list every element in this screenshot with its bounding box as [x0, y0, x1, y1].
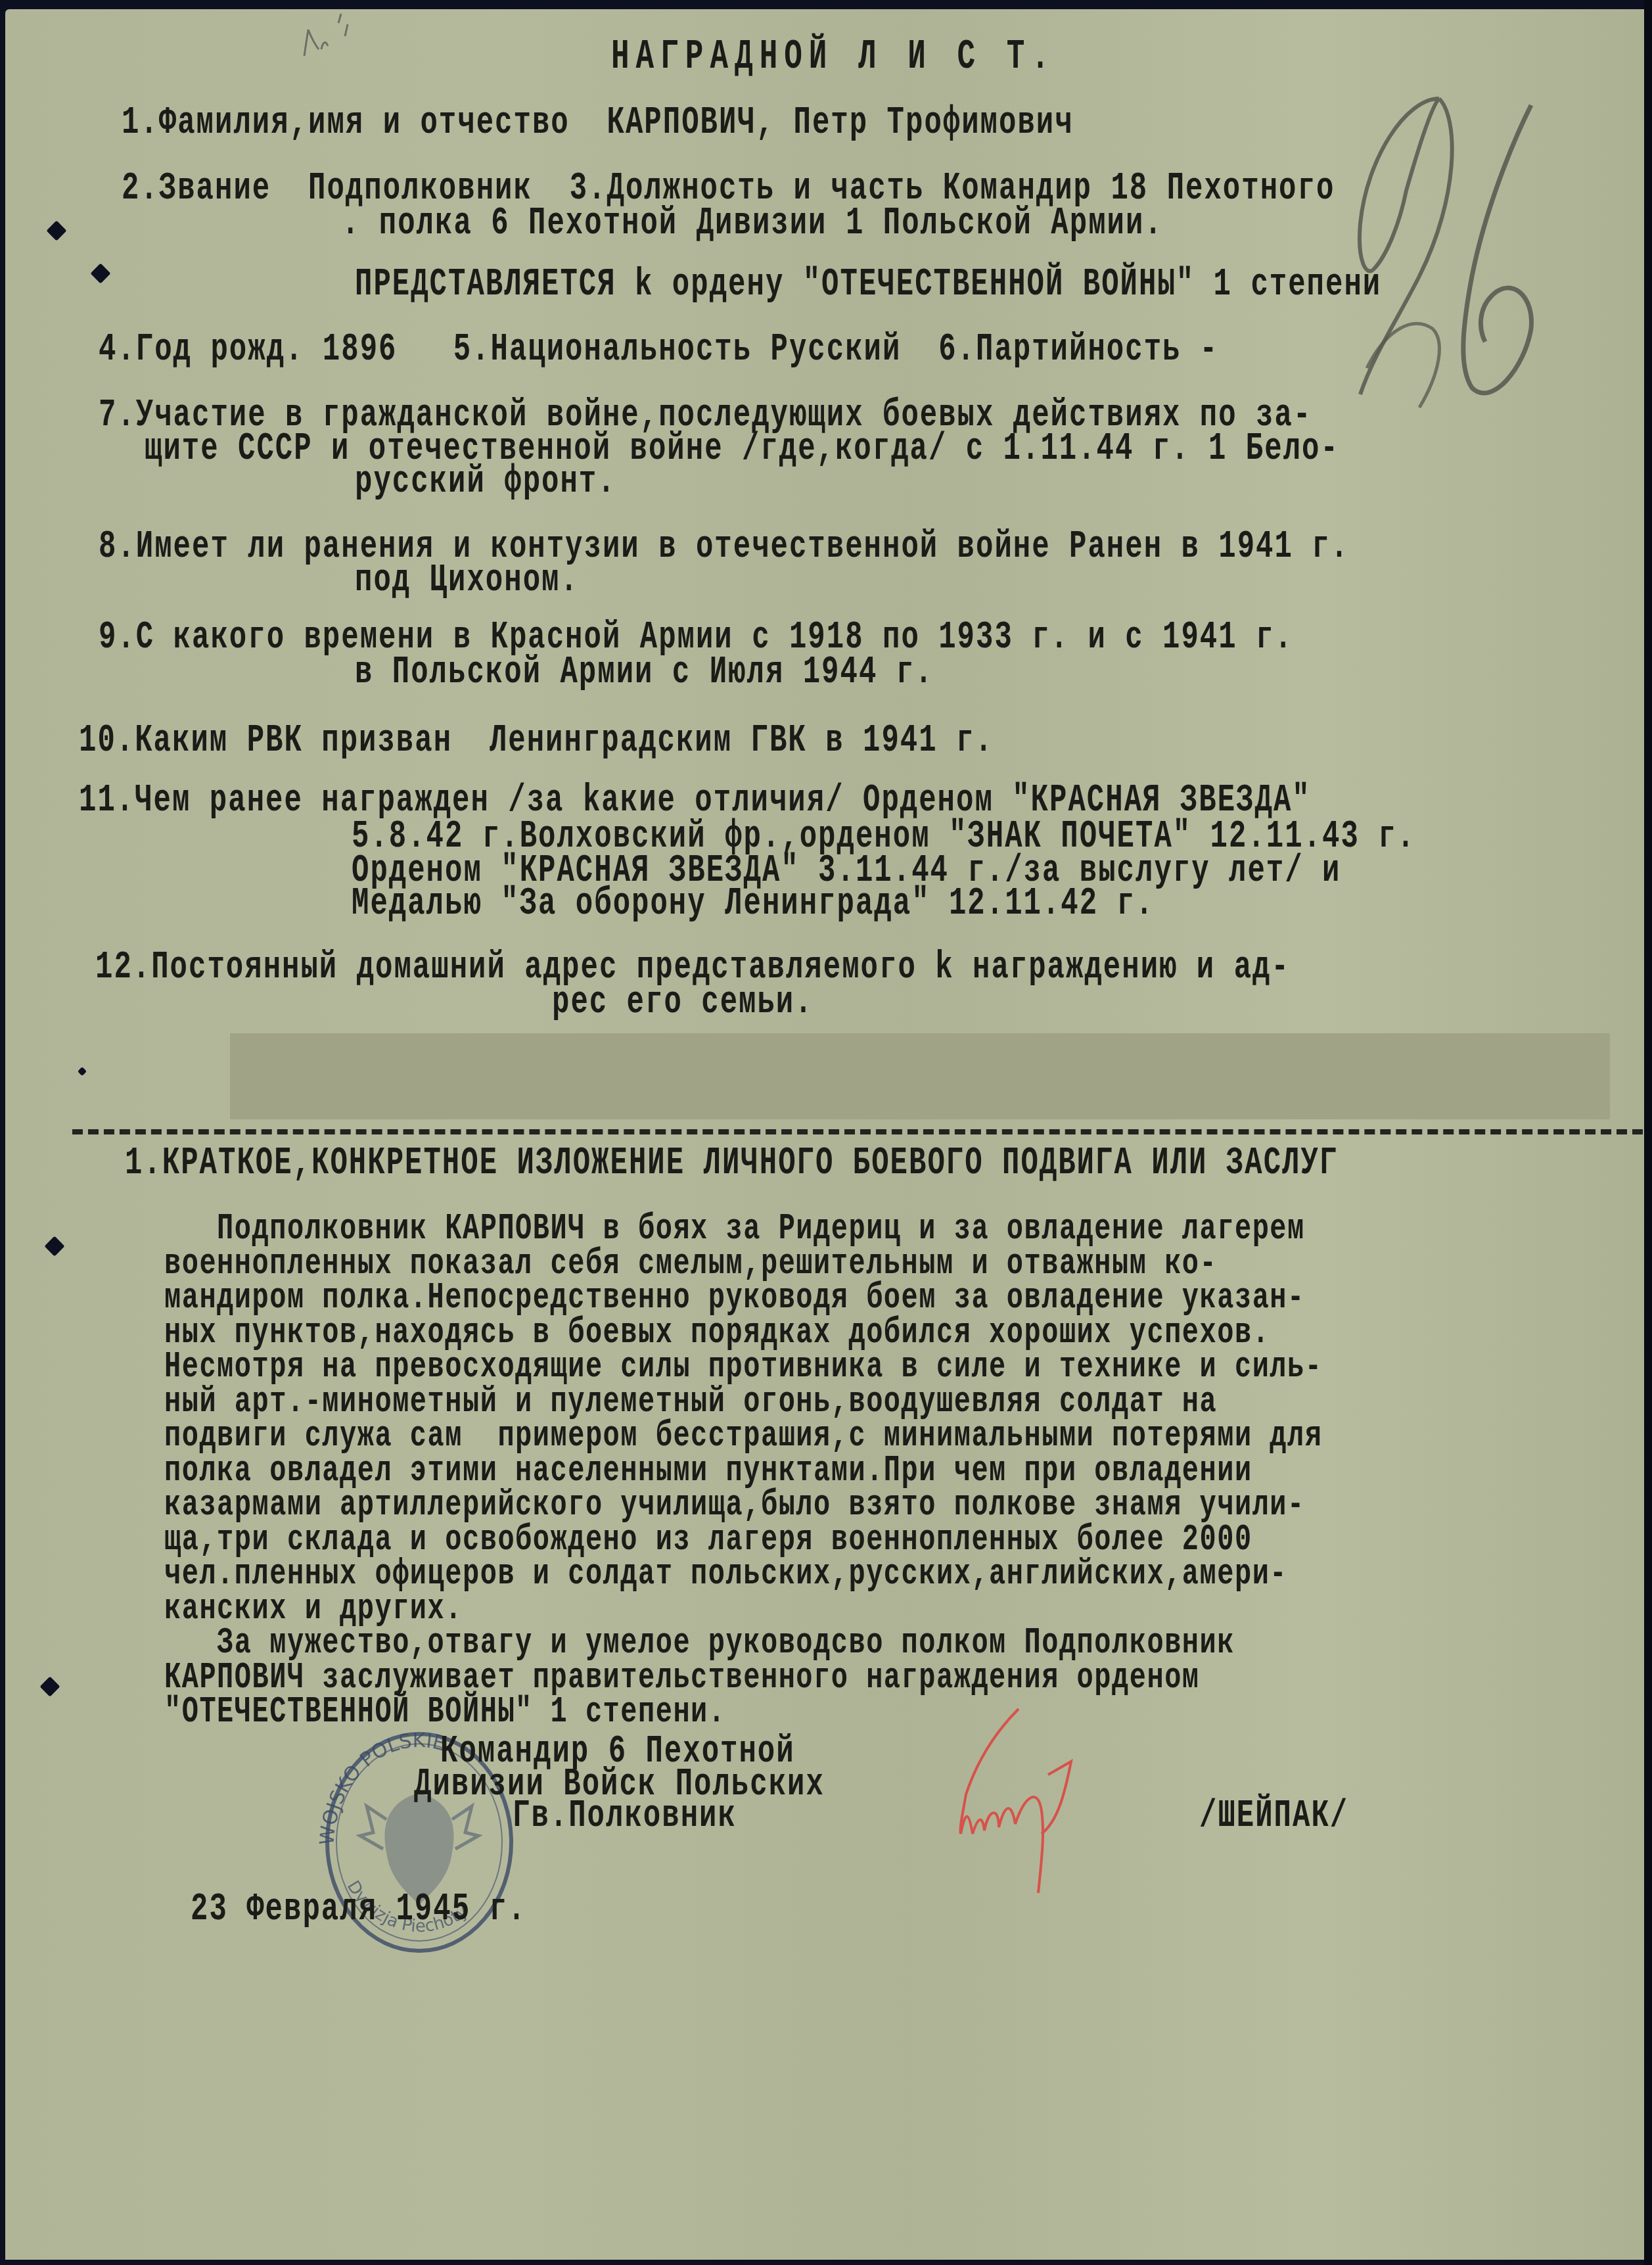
scan-border-right — [1644, 0, 1652, 2265]
field-participation-line2: щите СССР и отечественной войне /где,ког… — [145, 426, 1339, 472]
nomination-line: ПРЕДСТАВЛЯЕТСЯ k ордену "ОТЕЧЕСТВЕННОЙ В… — [355, 262, 1381, 308]
document-date: 23 Февраля 1945 г. — [191, 1886, 526, 1932]
document-title: НАГРАДНОЙ Л И С Т. — [611, 34, 1056, 80]
narrative-line: "ОТЕЧЕСТВЕННОЙ ВОЙНЫ" 1 степени. — [164, 1691, 1649, 1736]
field-wounds-line2: под Цихоном. — [355, 557, 579, 603]
field-service-since-line2: в Польской Армии с Июля 1944 г. — [355, 649, 934, 695]
section-heading: 1.КРАТКОЕ,КОНКРЕТНОЕ ИЗЛОЖЕНИЕ ЛИЧНОГО Б… — [125, 1140, 1338, 1186]
field-home-address-line2: рес его семьи. — [552, 979, 814, 1025]
field-birth-nationality-party: 4.Год рожд. 1896 5.Национальность Русски… — [99, 327, 1218, 373]
dashed-separator — [72, 1129, 1643, 1134]
narrative-paragraph: Подполковник КАРПОВИЧ в боях за Ридериц … — [164, 1208, 1649, 1726]
signatory-rank: Гв.Полковник — [513, 1793, 737, 1839]
field-full-name: 1.Фамилия,имя и отчество КАРПОВИЧ, Петр … — [122, 100, 1074, 146]
signatory-name: /ШЕЙПАК/ — [1199, 1793, 1348, 1839]
field-participation-line3: русский фронт. — [355, 459, 616, 505]
field-wounds-line1: 8.Имеет ли ранения и контузии в отечеств… — [99, 524, 1349, 570]
field-prior-awards-line4: Медалью "За оборону Ленинграда" 12.11.42… — [352, 881, 1154, 927]
redacted-address-block — [230, 1033, 1610, 1119]
field-position-continued: . полка 6 Пехотной Дивизии 1 Польской Ар… — [342, 200, 1163, 246]
field-drafted-by: 10.Каким РВК призван Ленинградским ГВК в… — [79, 718, 994, 764]
